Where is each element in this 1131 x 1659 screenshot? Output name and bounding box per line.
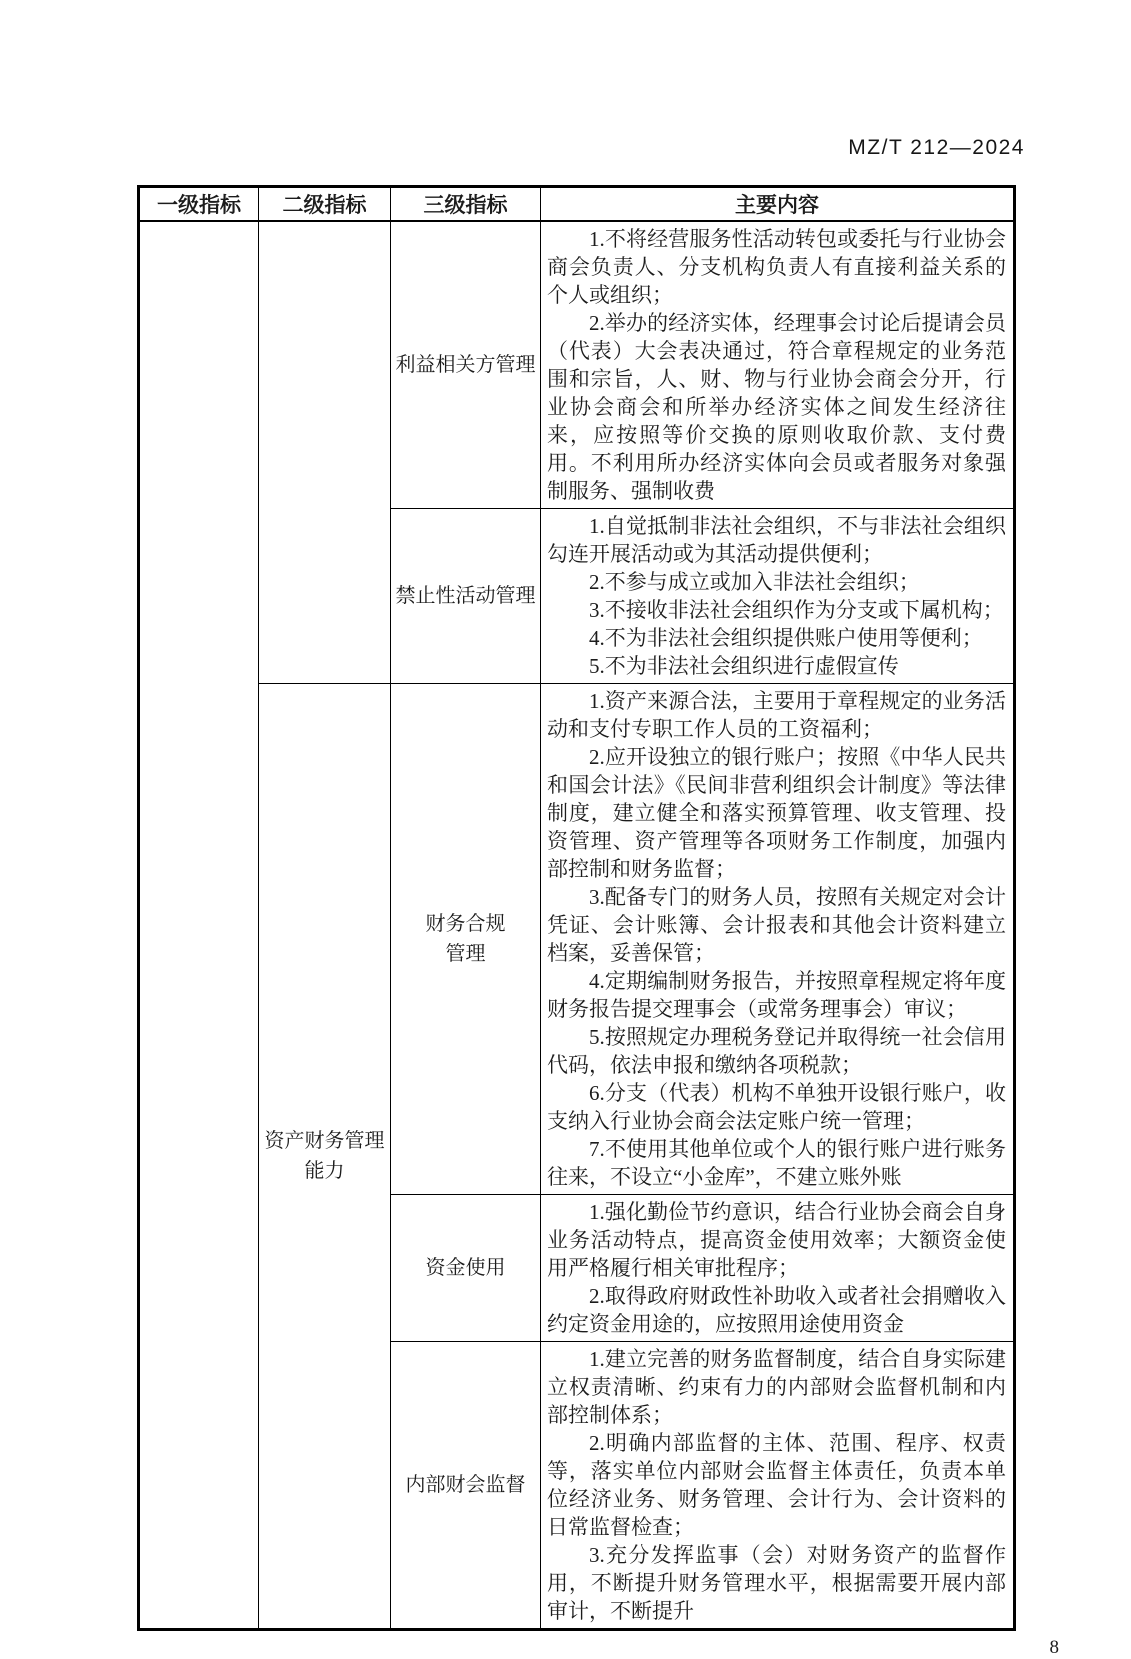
column-header-level2: 二级指标 [259,187,391,222]
content-item: 1.建立完善的财务监督制度，结合自身实际建立权责清晰、约束有力的内部财会监督机制… [547,1345,1006,1429]
content-item: 2.举办的经济实体，经理事会讨论后提请会员（代表）大会表决通过，符合章程规定的业… [547,309,1006,505]
content-item: 5.按照规定办理税务登记并取得统一社会信用代码，依法申报和缴纳各项税款； [547,1023,1006,1079]
content-item: 3.不接收非法社会组织作为分支或下属机构； [547,596,1006,624]
page-number: 8 [1050,1637,1060,1659]
column-header-main-content: 主要内容 [541,187,1015,222]
content-item: 5.不为非法社会组织进行虚假宣传 [547,652,1006,680]
content-item: 1.不将经营服务性活动转包或委托与行业协会商会负责人、分支机构负责人有直接利益关… [547,225,1006,309]
content-item: 3.配备专门的财务人员，按照有关规定对会计凭证、会计账簿、会计报表和其他会计资料… [547,883,1006,967]
table-header-row: 一级指标 二级指标 三级指标 主要内容 [139,187,1015,222]
content-item: 7.不使用其他单位或个人的银行账户进行账务往来，不设立“小金库”，不建立账外账 [547,1135,1006,1191]
level3-indicator-prohibited-activity-management: 禁止性活动管理 [391,509,541,684]
level3-indicator-internal-finance-supervision: 内部财会监督 [391,1342,541,1630]
main-content-cell: 1.强化勤俭节约意识，结合行业协会商会自身业务活动特点，提高资金使用效率；大额资… [541,1195,1015,1342]
main-content-cell: 1.资产来源合法，主要用于章程规定的业务活动和支付专职工作人员的工资福利； 2.… [541,684,1015,1195]
content-item: 2.明确内部监督的主体、范围、程序、权责等，落实单位内部财会监督主体责任，负责本… [547,1429,1006,1541]
content-item: 2.取得政府财政性补助收入或者社会捐赠收入约定资金用途的，应按照用途使用资金 [547,1282,1006,1338]
main-content-cell: 1.建立完善的财务监督制度，结合自身实际建立权责清晰、约束有力的内部财会监督机制… [541,1342,1015,1630]
table-row: 资产财务管理 能力 财务合规 管理 1.资产来源合法，主要用于章程规定的业务活动… [139,684,1015,1195]
content-item: 4.不为非法社会组织提供账户使用等便利； [547,624,1006,652]
indicator-table: 一级指标 二级指标 三级指标 主要内容 利益相关方管理 1.不将经营服务性活动转… [137,185,1016,1631]
level3-indicator-fund-usage: 资金使用 [391,1195,541,1342]
content-item: 3.充分发挥监事（会）对财务资产的监督作用，不断提升财务管理水平，根据需要开展内… [547,1541,1006,1625]
level2-indicator-empty-cell [259,221,391,684]
indicator-table-wrapper: 一级指标 二级指标 三级指标 主要内容 利益相关方管理 1.不将经营服务性活动转… [137,185,1013,1631]
main-content-cell: 1.不将经营服务性活动转包或委托与行业协会商会负责人、分支机构负责人有直接利益关… [541,221,1015,509]
level3-indicator-financial-compliance-management: 财务合规 管理 [391,684,541,1195]
table-row: 利益相关方管理 1.不将经营服务性活动转包或委托与行业协会商会负责人、分支机构负… [139,221,1015,509]
level3-indicator-stakeholder-management: 利益相关方管理 [391,221,541,509]
doc-code: MZ/T 212—2024 [848,136,1025,160]
content-item: 1.自觉抵制非法社会组织，不与非法社会组织勾连开展活动或为其活动提供便利； [547,512,1006,568]
content-item: 1.资产来源合法，主要用于章程规定的业务活动和支付专职工作人员的工资福利； [547,687,1006,743]
level1-indicator-cell [139,221,259,1630]
content-item: 4.定期编制财务报告，并按照章程规定将年度财务报告提交理事会（或常务理事会）审议… [547,967,1006,1023]
column-header-level1: 一级指标 [139,187,259,222]
column-header-level3: 三级指标 [391,187,541,222]
content-item: 2.不参与成立或加入非法社会组织； [547,568,1006,596]
main-content-cell: 1.自觉抵制非法社会组织，不与非法社会组织勾连开展活动或为其活动提供便利； 2.… [541,509,1015,684]
content-item: 2.应开设独立的银行账户；按照《中华人民共和国会计法》《民间非营利组织会计制度》… [547,743,1006,883]
content-item: 1.强化勤俭节约意识，结合行业协会商会自身业务活动特点，提高资金使用效率；大额资… [547,1198,1006,1282]
content-item: 6.分支（代表）机构不单独开设银行账户，收支纳入行业协会商会法定账户统一管理； [547,1079,1006,1135]
level2-indicator-asset-finance-capability: 资产财务管理 能力 [259,684,391,1630]
